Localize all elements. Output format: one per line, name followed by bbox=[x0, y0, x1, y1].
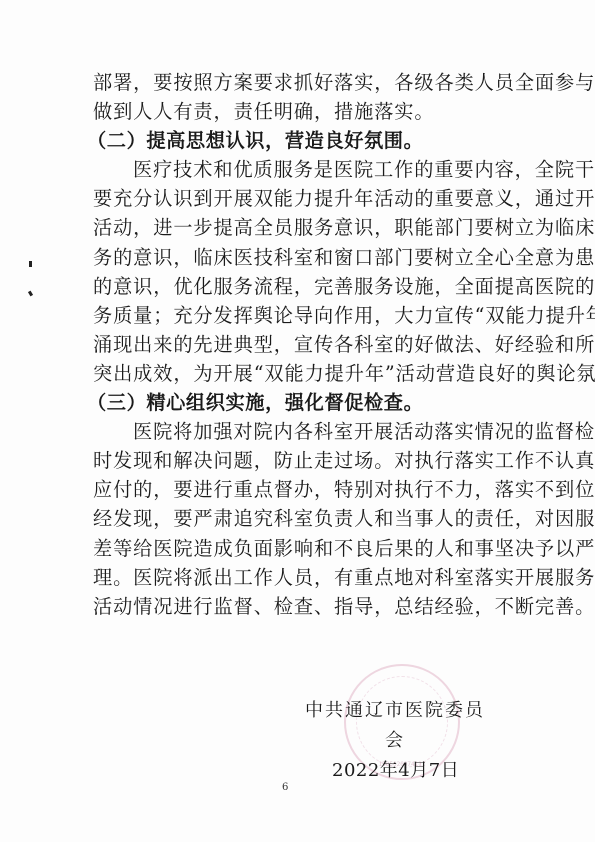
body-line: 的意识，优化服务流程，完善服务设施，全面提高医院的医疗服 bbox=[93, 272, 497, 301]
signing-date: 2022年4月7日 bbox=[300, 756, 490, 786]
body-line: 医院将加强对院内各科室开展活动落实情况的监督检查，及 bbox=[93, 417, 497, 446]
body-line: 应付的，要进行重点督办，特别对执行不力，落实不到位的，一 bbox=[93, 475, 497, 504]
signature-block: 中共通辽市医院委员会 2022年4月7日 bbox=[300, 696, 490, 786]
body-line: 理。医院将派出工作人员，有重点地对科室落实开展服务提升年 bbox=[93, 563, 497, 592]
page-number: 6 bbox=[282, 782, 288, 793]
body-line: 务质量；充分发挥舆论导向作用，大力宣传“双能力提升年”中 bbox=[93, 301, 497, 330]
signing-organization: 中共通辽市医院委员会 bbox=[300, 696, 490, 756]
body-line: 务的意识，临床医技科室和窗口部门要树立全心全意为患者服务 bbox=[93, 243, 497, 272]
body-line: 部署，要按照方案要求抓好落实，各级各类人员全面参与，努力 bbox=[93, 68, 497, 97]
body-line: 差等给医院造成负面影响和不良后果的人和事坚决予以严肃处 bbox=[93, 534, 497, 563]
body-line: 活动情况进行监督、检查、指导，总结经验，不断完善。 bbox=[93, 592, 497, 621]
body-line: 活动，进一步提高全员服务意识，职能部门要树立为临床一线服 bbox=[93, 213, 497, 242]
section-heading-2: （二）提高思想认识，营造良好氛围。 bbox=[87, 126, 497, 155]
body-line: 时发现和解决问题，防止走过场。对执行落实工作不认真、消极 bbox=[93, 446, 497, 475]
section-heading-3: （三）精心组织实施，强化督促检查。 bbox=[87, 388, 497, 417]
body-line: 经发现，要严肃追究科室负责人和当事人的责任，对因服务态度 bbox=[93, 504, 497, 533]
body-line: 涌现出来的先进典型，宣传各科室的好做法、好经验和所取得的 bbox=[93, 330, 497, 359]
body-line: 突出成效，为开展“双能力提升年”活动营造良好的舆论氛围。 bbox=[93, 359, 497, 388]
body-line: 做到人人有责，责任明确，措施落实。 bbox=[93, 97, 497, 126]
scan-margin-mark bbox=[29, 261, 32, 267]
document-body: 部署，要按照方案要求抓好落实，各级各类人员全面参与，努力 做到人人有责，责任明确… bbox=[93, 68, 497, 621]
body-line: 医疗技术和优质服务是医院工作的重要内容，全院干部职工 bbox=[93, 155, 497, 184]
scan-margin-mark bbox=[28, 291, 33, 297]
body-line: 要充分认识到开展双能力提升年活动的重要意义，通过开展此项 bbox=[93, 184, 497, 213]
document-page: 部署，要按照方案要求抓好落实，各级各类人员全面参与，努力 做到人人有责，责任明确… bbox=[0, 0, 595, 842]
